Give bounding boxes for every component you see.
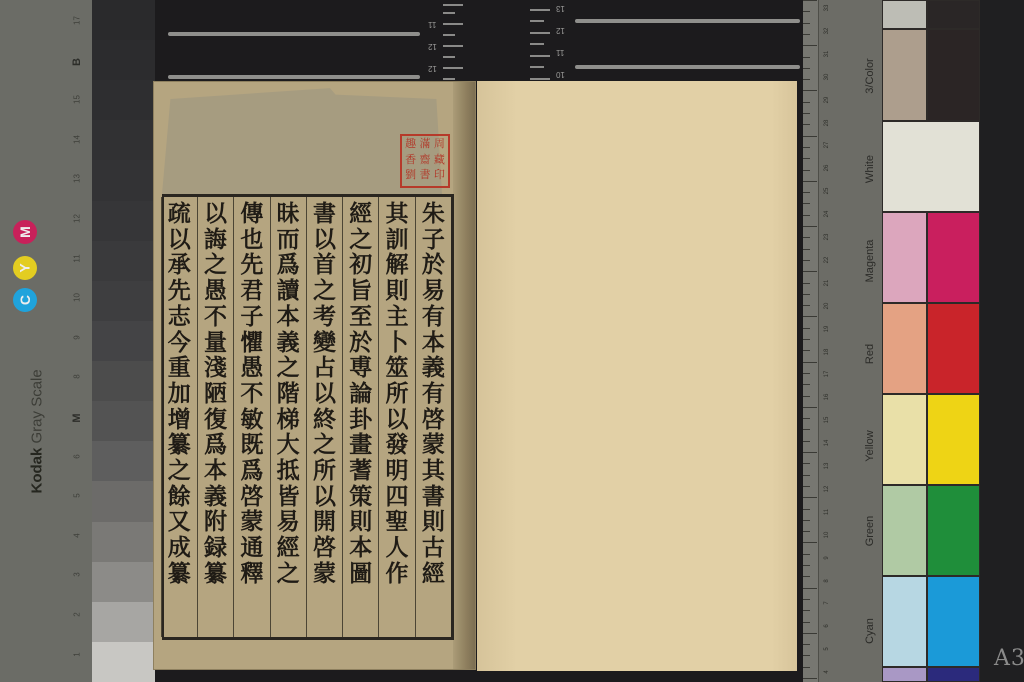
scale-tick (443, 56, 455, 58)
gray-scale-step-number: 15 (73, 93, 82, 107)
text-character: 變 (313, 330, 336, 356)
ruler-tick (803, 170, 810, 171)
text-character: 其 (422, 458, 445, 484)
ruler-tick (803, 57, 810, 58)
text-character: 通 (240, 535, 263, 561)
gray-scale-step-number: 12 (73, 212, 82, 226)
ruler-tick (803, 237, 810, 238)
cm-ruler-number: 32 (824, 25, 830, 37)
gray-step-patch (92, 642, 155, 682)
text-character: 也 (240, 227, 263, 253)
text-character: 易 (422, 278, 445, 304)
ruler-tick (803, 271, 817, 272)
cm-ruler-number: 13 (824, 460, 830, 472)
cyan-dark-patch (927, 576, 980, 667)
cm-ruler-number: 24 (824, 208, 830, 220)
text-character: 蒙 (240, 509, 263, 535)
ruler-tick (803, 136, 817, 137)
text-character: 策 (349, 484, 372, 510)
patch-label: Yellow (864, 411, 876, 481)
gray-step-patch (92, 120, 155, 161)
text-character: 之 (204, 252, 227, 278)
ruler-tick (803, 260, 810, 261)
text-character: 先 (168, 278, 191, 304)
text-character: 大 (277, 432, 300, 458)
ruler-tick (803, 316, 817, 317)
text-character: 其 (386, 201, 409, 227)
gray-scale-step-number: M (71, 411, 83, 425)
seal-character: 印 (433, 169, 446, 184)
text-character: 以 (168, 227, 191, 253)
text-character: 古 (422, 535, 445, 561)
scale-tick (443, 34, 455, 36)
text-character: 纂 (168, 432, 191, 458)
ruler-tick (803, 610, 810, 611)
text-character: 纂 (204, 561, 227, 587)
gray-scale-step-number: 1 (73, 647, 82, 661)
text-character: 筮 (386, 355, 409, 381)
text-character: 讀 (277, 278, 300, 304)
cm-ruler-number: 8 (824, 575, 830, 587)
gray-step-patch (92, 321, 155, 362)
text-character: 以 (313, 381, 336, 407)
patch-label: 3/Color (864, 41, 876, 111)
text-character: 朱 (422, 201, 445, 227)
cm-ruler-number: 16 (824, 391, 830, 403)
gray-step-patch (92, 0, 155, 41)
ruler-tick (803, 644, 810, 645)
cm-ruler-number: 26 (824, 162, 830, 174)
text-column: 傳也先君子懼愚不敏既爲啓蒙通釋 (233, 197, 269, 637)
cyan-badge-icon: C (13, 288, 37, 312)
gray-scale-step-number: B (71, 55, 83, 69)
gray-light-dark-patch (927, 0, 980, 29)
text-character: 之 (349, 227, 372, 253)
gray-scale-title: Kodak Gray Scale (29, 364, 46, 494)
text-character: 今 (168, 330, 191, 356)
ruler-tick (803, 475, 810, 476)
text-character: 初 (349, 252, 372, 278)
text-character: 梯 (277, 407, 300, 433)
top-measure-strip (575, 65, 800, 69)
cm-ruler-number: 5 (824, 643, 830, 655)
text-character: 蓍 (349, 458, 372, 484)
yellow-badge-icon: Y (13, 256, 37, 280)
text-character: 經 (422, 561, 445, 587)
text-character: 釋 (240, 561, 263, 587)
scale-number: 11 (428, 20, 436, 29)
cm-ruler-number: 29 (824, 94, 830, 106)
text-character: 録 (204, 535, 227, 561)
ruler-tick (803, 678, 817, 679)
cm-ruler-number: 23 (824, 231, 830, 243)
background-edge (980, 0, 1024, 682)
ruler-tick (803, 203, 810, 204)
scale-number: 11 (556, 48, 564, 57)
patch-label: Cyan (864, 596, 876, 666)
red-dark-patch (927, 303, 980, 394)
text-character: 於 (349, 330, 372, 356)
text-character: 復 (204, 407, 227, 433)
ruler-tick (803, 181, 817, 182)
text-character: 作 (386, 561, 409, 587)
seal-character: 滿 (418, 138, 431, 153)
text-character: 易 (277, 509, 300, 535)
gray-scale-step-number: 13 (73, 172, 82, 186)
text-character: 陋 (204, 381, 227, 407)
text-character: 啓 (422, 407, 445, 433)
ruler-tick (803, 418, 810, 419)
text-character: 之 (168, 458, 191, 484)
ruler-tick (803, 23, 810, 24)
text-character: 淺 (204, 355, 227, 381)
color-patches (882, 0, 980, 682)
cm-ruler-number: 33 (824, 2, 830, 14)
text-character: 附 (204, 509, 227, 535)
text-character: 論 (349, 381, 372, 407)
book-left-page: 趣滿周香齋藏劉書印 朱子於易有本義有啓蒙其書則古經其訓解則主卜筮所以發明四聖人作… (153, 81, 476, 670)
text-character: 加 (168, 381, 191, 407)
green-light-patch (882, 485, 927, 576)
scale-number: 10 (556, 70, 565, 79)
text-character: 懼 (240, 330, 263, 356)
magenta-badge-icon: M (13, 220, 37, 244)
text-character: 本 (277, 304, 300, 330)
ruler-tick (803, 158, 810, 159)
cm-ruler-number: 22 (824, 254, 830, 266)
ruler-tick (803, 339, 810, 340)
ruler-tick (803, 497, 817, 498)
text-character: 經 (277, 535, 300, 561)
scale-tick (443, 4, 463, 6)
text-character: 先 (240, 252, 263, 278)
text-character: 之 (313, 432, 336, 458)
cm-ruler-number: 19 (824, 323, 830, 335)
text-character: 則 (386, 278, 409, 304)
text-column: 疏以承先志今重加增纂之餘又成纂 (161, 197, 197, 637)
text-column: 昧而爲讀本義之階梯大抵皆易經之 (270, 197, 306, 637)
gray-step-patch (92, 522, 155, 563)
gray-step-patch (92, 401, 155, 442)
text-character: 增 (168, 407, 191, 433)
ruler-tick (803, 373, 810, 374)
yellow-dark-patch (927, 394, 980, 485)
gray-scale-step-number: 4 (73, 528, 82, 542)
text-character: 成 (168, 535, 191, 561)
text-character: 考 (313, 304, 336, 330)
text-character: 人 (386, 535, 409, 561)
ruler-tick (803, 11, 810, 12)
ruler-tick (803, 463, 810, 464)
white-patch (882, 121, 980, 212)
scale-number: 12 (556, 26, 565, 35)
seal-character: 書 (418, 169, 431, 184)
scale-tick (530, 66, 544, 68)
3color-dark-patch (927, 29, 980, 121)
cm-ruler-number: 11 (824, 506, 830, 518)
gray-scale-step-number: 3 (73, 568, 82, 582)
text-character: 本 (349, 535, 372, 561)
magenta-dark-patch (927, 212, 980, 303)
text-character: 之 (277, 561, 300, 587)
ruler-tick (803, 509, 810, 510)
text-character: 誨 (204, 227, 227, 253)
ruler-tick (803, 622, 810, 623)
text-character: 不 (240, 381, 263, 407)
ruler-tick (803, 305, 810, 306)
scale-tick (443, 45, 463, 47)
ruler-tick (803, 531, 810, 532)
ruler-tick (803, 452, 817, 453)
cm-ruler-number: 17 (824, 368, 830, 380)
text-character: 蒙 (313, 561, 336, 587)
gray-scale-step-number: 14 (73, 132, 82, 146)
gray-light-light-patch (882, 0, 927, 29)
text-character: 敏 (240, 407, 263, 433)
patch-label: Green (864, 496, 876, 566)
text-character: 蒙 (422, 432, 445, 458)
gray-scale-step-number: 10 (73, 291, 82, 305)
text-character: 愚 (240, 355, 263, 381)
text-character: 以 (386, 407, 409, 433)
text-character: 爲 (240, 458, 263, 484)
ruler-tick (803, 79, 810, 80)
patch-label: White (864, 134, 876, 204)
gray-scale-step-number: 9 (73, 330, 82, 344)
text-character: 所 (313, 458, 336, 484)
scale-tick (530, 20, 544, 22)
scale-number: 12 (428, 64, 437, 73)
text-character: 量 (204, 330, 227, 356)
ruler-tick (803, 328, 810, 329)
text-character: 之 (313, 278, 336, 304)
scale-number: 12 (428, 42, 437, 51)
ruler-tick (803, 554, 810, 555)
cm-ruler-number: 18 (824, 346, 830, 358)
text-character: 不 (204, 304, 227, 330)
seal-character: 藏 (433, 154, 446, 169)
text-character: 四 (386, 484, 409, 510)
text-character: 義 (277, 330, 300, 356)
text-character: 發 (386, 432, 409, 458)
gray-step-patch (92, 481, 155, 522)
cm-ruler-number: 27 (824, 139, 830, 151)
text-character: 書 (313, 201, 336, 227)
ruler-tick (803, 396, 810, 397)
ruler-tick (803, 588, 817, 589)
scale-tick (530, 78, 550, 80)
scale-tick (443, 67, 463, 69)
gray-scale-step-number: 11 (73, 251, 82, 265)
ruler-tick (803, 0, 817, 1)
text-character: 承 (168, 252, 191, 278)
kodak-gray-scale-card: C Y M Kodak Gray Scale 17B15141312111098… (0, 0, 97, 682)
gray-step-patch (92, 562, 155, 603)
scale-number: 13 (556, 4, 565, 13)
text-character: 爲 (277, 252, 300, 278)
green-dark-patch (927, 485, 980, 576)
text-character: 既 (240, 432, 263, 458)
corner-label: A3 (994, 646, 1024, 671)
ruler-tick (803, 667, 810, 668)
blue-light-patch (882, 667, 927, 682)
seal-character: 劉 (404, 169, 417, 184)
seal-character: 香 (404, 154, 417, 169)
text-character: 子 (422, 227, 445, 253)
cm-ruler-number: 25 (824, 185, 830, 197)
top-measure-strip (575, 19, 800, 23)
text-character: 則 (422, 509, 445, 535)
scale-tick (530, 9, 550, 11)
red-seal-stamp: 趣滿周香齋藏劉書印 (400, 134, 450, 188)
cm-ruler-number: 10 (824, 529, 830, 541)
ruler-tick (803, 520, 810, 521)
text-column: 以誨之愚不量淺陋復爲本義附録纂 (197, 197, 233, 637)
ruler-tick (803, 45, 817, 46)
gray-step-patch (92, 361, 155, 402)
gray-scale-step-number: 8 (73, 370, 82, 384)
ruler-tick (803, 350, 810, 351)
text-character: 以 (313, 227, 336, 253)
text-character: 君 (240, 278, 263, 304)
cm-ruler-number: 30 (824, 71, 830, 83)
scale-tick (530, 55, 550, 57)
ruler-tick (803, 633, 817, 634)
ruler-tick (803, 113, 810, 114)
gray-step-patch (92, 602, 155, 643)
text-character: 愚 (204, 278, 227, 304)
ruler-tick (803, 226, 817, 227)
text-character: 皆 (277, 484, 300, 510)
ruler-tick (803, 384, 810, 385)
text-character: 餘 (168, 484, 191, 510)
gray-step-patch (92, 40, 155, 81)
scale-tick (443, 78, 455, 80)
ruler-tick (803, 90, 817, 91)
ruler-tick (803, 215, 810, 216)
seal-character: 齋 (418, 154, 431, 169)
cm-ruler-number: 20 (824, 300, 830, 312)
ruler-tick (803, 542, 817, 543)
gray-step-patch (92, 201, 155, 242)
gray-step-patch (92, 241, 155, 282)
cyan-light-patch (882, 576, 927, 667)
top-measure-strip (168, 75, 420, 79)
ruler-tick (803, 147, 810, 148)
red-light-patch (882, 303, 927, 394)
scale-tick (443, 23, 463, 25)
ruler-tick (803, 429, 810, 430)
cm-ruler-number: 7 (824, 597, 830, 609)
seal-character: 趣 (404, 138, 417, 153)
cm-ruler-number: 12 (824, 483, 830, 495)
text-column: 書以首之考變占以終之所以開啓蒙 (306, 197, 342, 637)
text-character: 志 (168, 304, 191, 330)
cm-ruler-number: 31 (824, 48, 830, 60)
gray-scale-step-number: 5 (73, 489, 82, 503)
text-character: 義 (422, 355, 445, 381)
woodblock-text-frame: 朱子於易有本義有啓蒙其書則古經其訓解則主卜筮所以發明四聖人作經之初旨至於尃論卦畫… (162, 194, 454, 640)
cm-ruler-number: 28 (824, 117, 830, 129)
text-character: 畫 (349, 432, 372, 458)
book-right-page-blank (477, 81, 797, 671)
text-character: 以 (204, 201, 227, 227)
text-character: 本 (204, 458, 227, 484)
ruler-tick (803, 576, 810, 577)
ruler-tick (803, 102, 810, 103)
text-character: 又 (168, 509, 191, 535)
cm-ruler-number: 6 (824, 620, 830, 632)
gray-step-patch (92, 80, 155, 121)
text-character: 以 (313, 484, 336, 510)
text-character: 之 (277, 355, 300, 381)
gray-step-patch (92, 160, 155, 201)
yellow-light-patch (882, 394, 927, 485)
seal-character: 周 (433, 138, 446, 153)
text-character: 子 (240, 304, 263, 330)
text-character: 階 (277, 381, 300, 407)
text-character: 首 (313, 252, 336, 278)
ruler-tick (803, 124, 810, 125)
text-character: 卜 (386, 330, 409, 356)
text-character: 主 (386, 304, 409, 330)
text-column: 經之初旨至於尃論卦畫蓍策則本圖 (342, 197, 378, 637)
text-character: 啓 (313, 535, 336, 561)
text-character: 解 (386, 252, 409, 278)
ruler-tick (803, 249, 810, 250)
text-character: 訓 (386, 227, 409, 253)
patch-label: Magenta (864, 226, 876, 296)
text-character: 重 (168, 355, 191, 381)
gray-step-patch (92, 281, 155, 322)
blue-dark-patch (927, 667, 980, 682)
text-character: 啓 (240, 484, 263, 510)
scale-tick (530, 43, 544, 45)
text-character: 圖 (349, 561, 372, 587)
text-character: 則 (349, 509, 372, 535)
text-character: 爲 (204, 432, 227, 458)
ruler-tick (803, 283, 810, 284)
ruler-tick (803, 486, 810, 487)
text-character: 占 (313, 355, 336, 381)
text-character: 抵 (277, 458, 300, 484)
ruler-tick (803, 192, 810, 193)
text-character: 本 (422, 330, 445, 356)
text-character: 聖 (386, 509, 409, 535)
cm-ruler-number: 14 (824, 437, 830, 449)
ruler-tick (803, 599, 810, 600)
gray-scale-step-number: 2 (73, 608, 82, 622)
3color-light-patch (882, 29, 927, 121)
top-measure-strip (168, 32, 420, 36)
text-character: 經 (349, 201, 372, 227)
cm-ruler-number: 15 (824, 414, 830, 426)
text-character: 終 (313, 407, 336, 433)
gray-scale-step-number: 6 (73, 449, 82, 463)
ruler-tick (803, 68, 810, 69)
text-character: 有 (422, 304, 445, 330)
ruler-tick (803, 441, 810, 442)
text-character: 旨 (349, 278, 372, 304)
ruler-tick (803, 565, 810, 566)
cm-ruler-number: 9 (824, 552, 830, 564)
page-gutter (453, 82, 475, 669)
text-character: 至 (349, 304, 372, 330)
text-character: 開 (313, 509, 336, 535)
cm-ruler-number: 4 (824, 666, 830, 678)
gray-scale-step-number: 17 (73, 14, 82, 28)
text-character: 昧 (277, 201, 300, 227)
